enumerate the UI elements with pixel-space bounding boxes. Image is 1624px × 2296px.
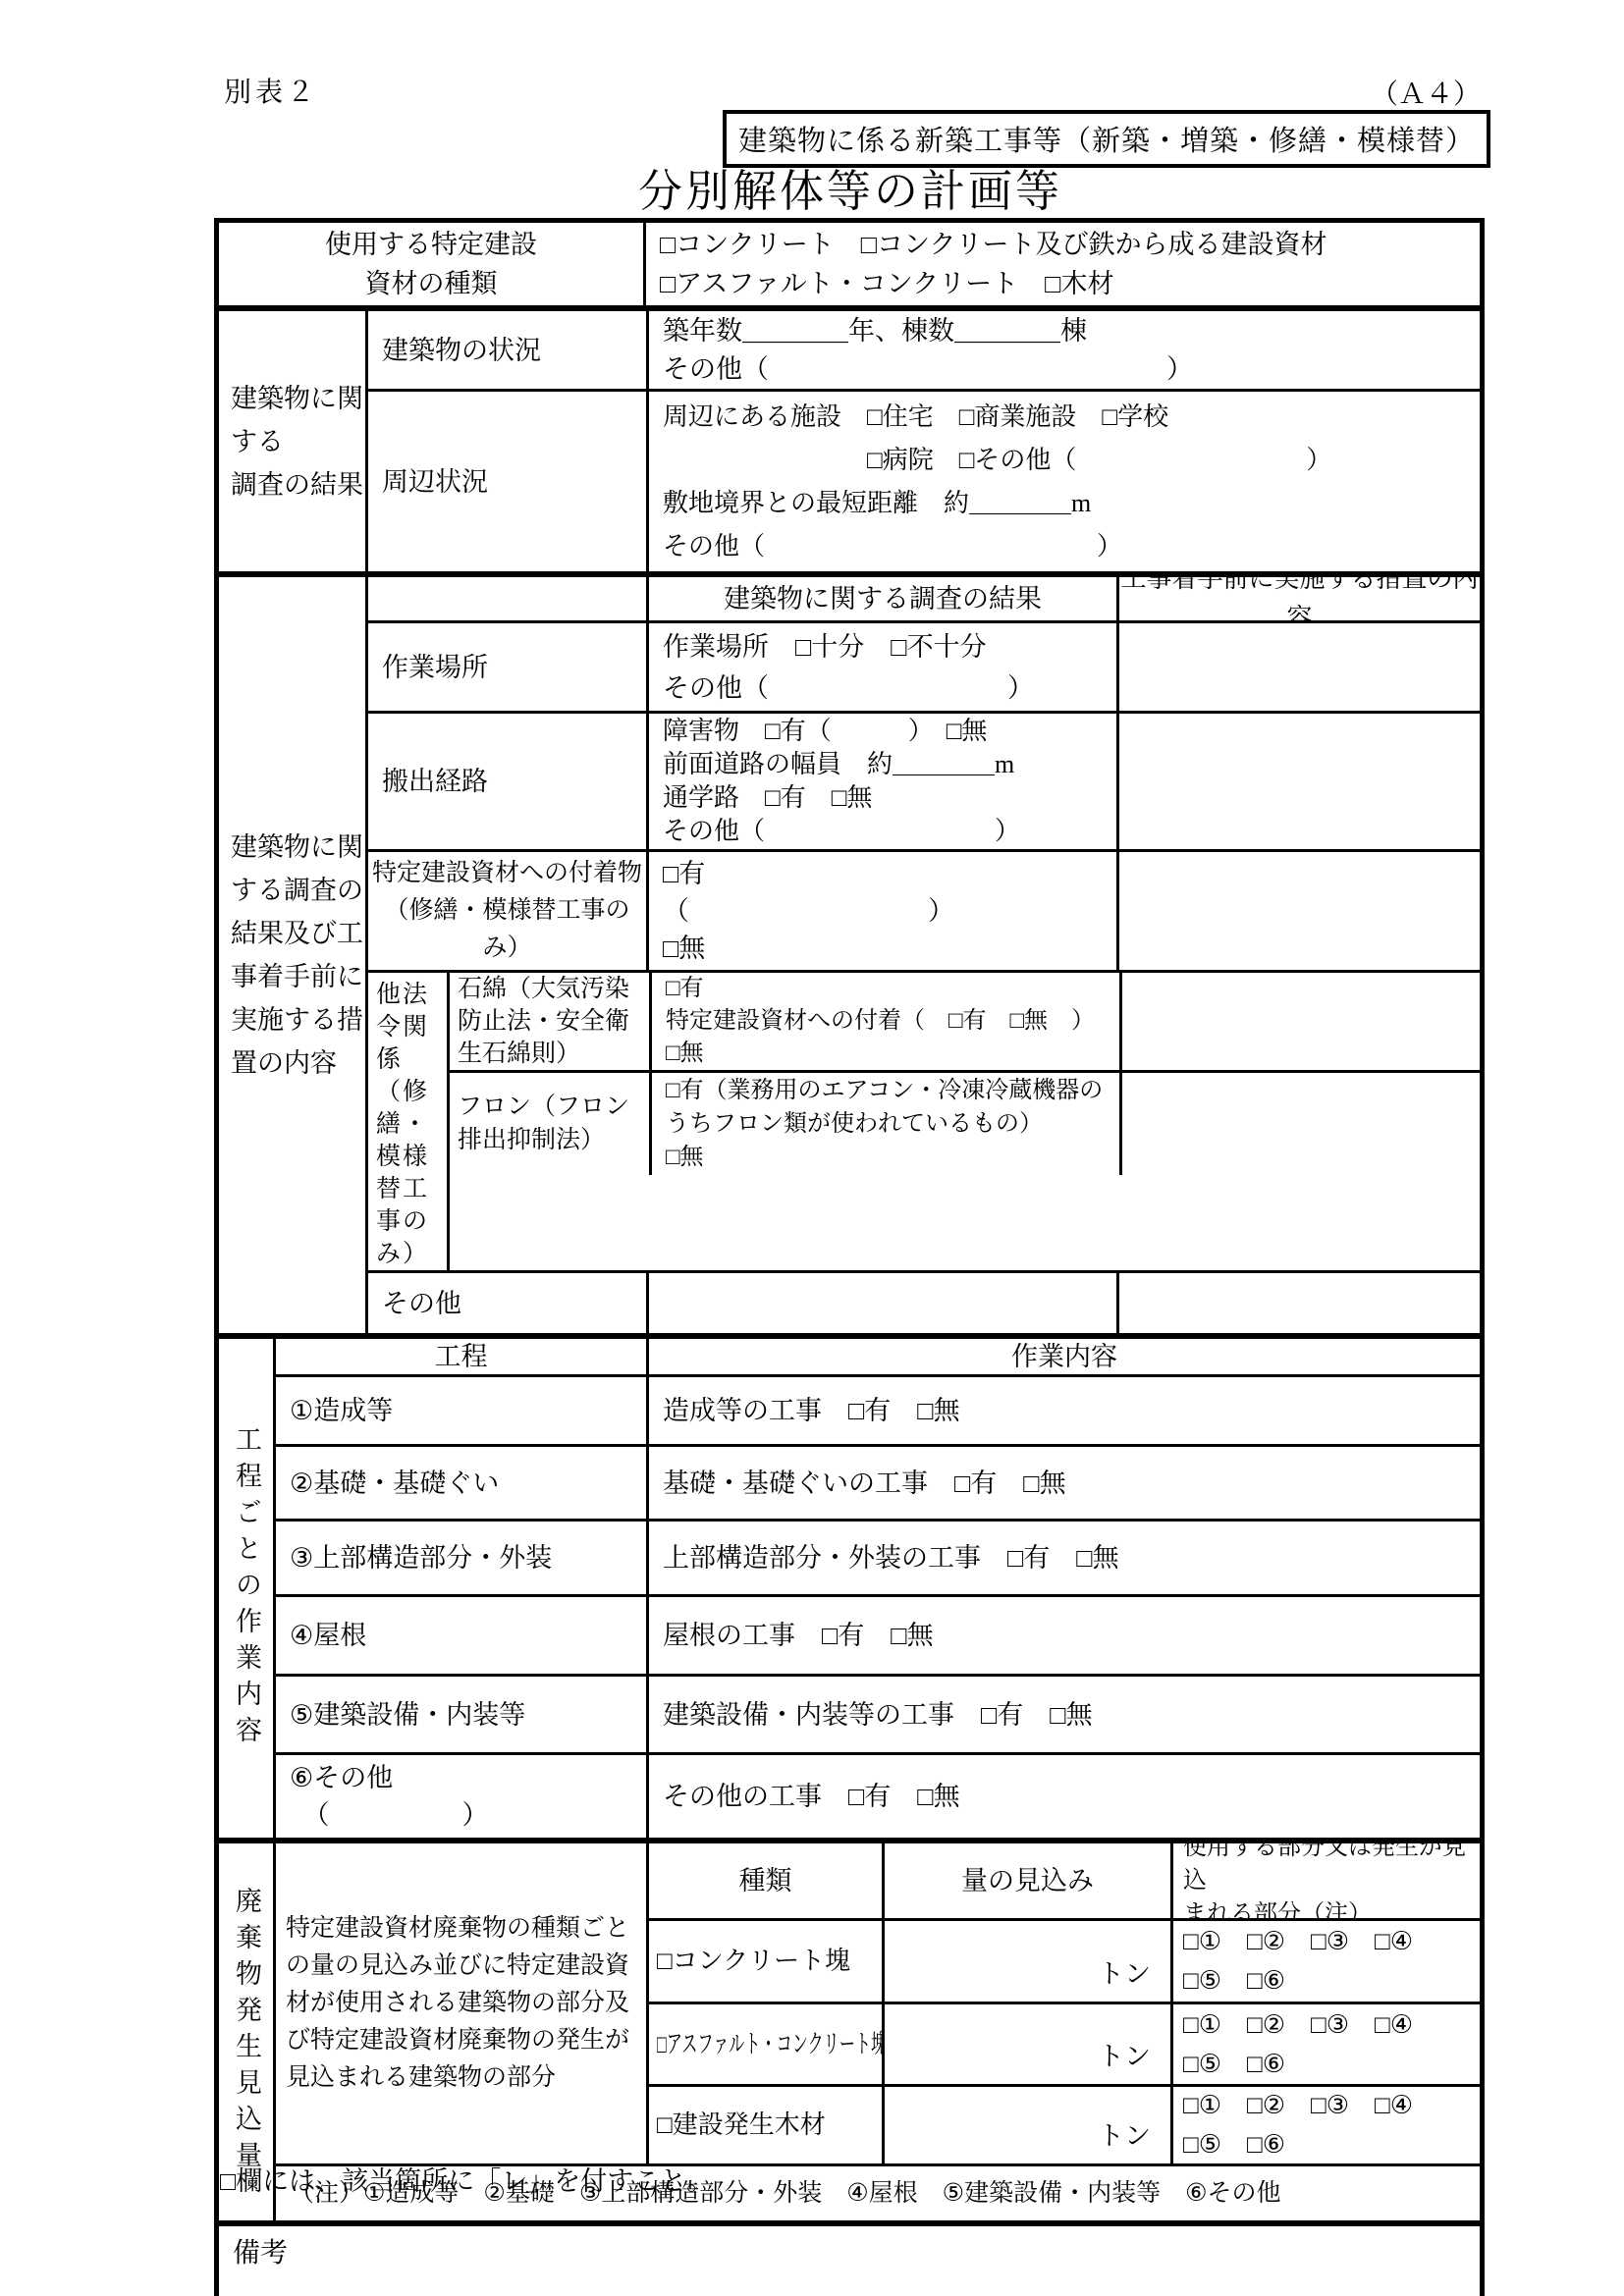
process-row-5: ⑤建築設備・内装等 建築設備・内装等の工事 □有 □無 xyxy=(276,1674,1480,1752)
adhesion-content: □有 （ ） □無 xyxy=(646,852,1116,970)
survey-results-column-header: 建築物に関する調査の結果 xyxy=(646,577,1116,620)
surroundings-row: 周辺状況 周辺にある施設 □住宅 □商業施設 □学校 □病院 □その他（ ） 敷… xyxy=(368,389,1480,571)
waste-amount-asphalt: トン xyxy=(882,2004,1170,2084)
freon-measures-cell xyxy=(1119,1073,1480,1175)
parts-column-header: 使用する部分又は発生が見込 まれる部分（注） xyxy=(1170,1843,1480,1918)
form-page: 別表２ （Ａ４） 建築物に係る新築工事等（新築・増築・修繕・模様替） 分別解体等… xyxy=(0,0,1624,2296)
workplace-content: 作業場所 □十分 □不十分 その他（ ） xyxy=(646,623,1116,711)
waste-parts-asphalt: □① □② □③ □④ □⑤ □⑥ xyxy=(1170,2004,1480,2084)
waste-row-concrete: □コンクリート塊 トン □① □② □③ □④ □⑤ □⑥ xyxy=(646,1918,1480,2002)
process-4-label: ④屋根 xyxy=(276,1597,646,1674)
process-2-label: ②基礎・基礎ぐい xyxy=(276,1447,646,1519)
process-2-work: 基礎・基礎ぐいの工事 □有 □無 xyxy=(646,1447,1480,1519)
building-condition-content: 築年数＿＿＿＿年、棟数＿＿＿＿棟 その他（ ） xyxy=(646,311,1480,389)
freon-row: フロン（フロン 排出抑制法） □有（業務用のエアコン・冷凍冷蔵機器の うちフロン… xyxy=(450,1070,1480,1175)
workplace-row: 作業場所 作業場所 □十分 □不十分 その他（ ） xyxy=(368,620,1480,711)
waste-kind-concrete: □コンクリート塊 xyxy=(649,1921,882,2002)
waste-amount-wood: トン xyxy=(882,2087,1170,2163)
survey-other-row: その他 xyxy=(368,1270,1480,1333)
process-header-row: 工程 作業内容 xyxy=(276,1339,1480,1374)
process-1-label: ①造成等 xyxy=(276,1377,646,1444)
waste-amount-concrete: トン xyxy=(882,1921,1170,2002)
work-column-header: 作業内容 xyxy=(646,1339,1480,1374)
waste-estimate-description: 特定建設資材廃棄物の種類ごとの量の見込み並びに特定建設資材が使用される建築物の部… xyxy=(276,1843,646,2163)
other-laws-label: 他法令関係（修繕・模様替工事のみ） xyxy=(368,973,447,1270)
workplace-measures-cell xyxy=(1116,623,1480,711)
process-row-6: ⑥その他 （ ） その他の工事 □有 □無 xyxy=(276,1752,1480,1838)
waste-parts-wood: □① □② □③ □④ □⑤ □⑥ xyxy=(1170,2087,1480,2163)
waste-kind-wood-text: □建設発生木材 xyxy=(657,2106,882,2145)
process-4-work: 屋根の工事 □有 □無 xyxy=(646,1597,1480,1674)
survey-other-measures-cell xyxy=(1116,1273,1480,1333)
survey-other-content-cell xyxy=(646,1273,1116,1333)
survey-measures-header-row: 建築物に関する調査の結果 工事着手前に実施する措置の内容 xyxy=(368,577,1480,620)
waste-estimate-body: 特定建設資材廃棄物の種類ごとの量の見込み並びに特定建設資材が使用される建築物の部… xyxy=(276,1843,1480,2163)
section-remarks: 備考 xyxy=(219,2220,1480,2296)
carryout-route-measures-cell xyxy=(1116,714,1480,849)
adhesion-measures-cell xyxy=(1116,852,1480,970)
section-survey-measures: 建築物に関 する調査の 結果及び工 事着手前に 実施する措 置の内容 建築物に関… xyxy=(219,571,1480,1333)
carryout-route-row: 搬出経路 障害物 □有（ ） □無 前面道路の幅員 約＿＿＿＿m 通学路 □有 … xyxy=(368,711,1480,849)
surroundings-content: 周辺にある施設 □住宅 □商業施設 □学校 □病院 □その他（ ） 敷地境界との… xyxy=(646,392,1480,571)
waste-header-row: 種類 量の見込み 使用する部分又は発生が見込 まれる部分（注） xyxy=(646,1843,1480,1918)
materials-checkboxes: □コンクリート □コンクリート及び鉄から成る建設資材 □アスファルト・コンクリー… xyxy=(643,223,1480,305)
adhesion-row: 特定建設資材への付着物 （修繕・模様替工事のみ） □有 （ ） □無 xyxy=(368,849,1480,970)
survey-other-label: その他 xyxy=(368,1273,646,1333)
building-condition-row: 建築物の状況 築年数＿＿＿＿年、棟数＿＿＿＿棟 その他（ ） xyxy=(368,311,1480,389)
process-5-work: 建築設備・内装等の工事 □有 □無 xyxy=(646,1677,1480,1752)
process-column-header: 工程 xyxy=(276,1339,646,1374)
waste-row-asphalt: □アスファルト・コンクリート塊 トン □① □② □③ □④ □⑤ □⑥ xyxy=(646,2002,1480,2084)
process-3-work: 上部構造部分・外装の工事 □有 □無 xyxy=(646,1522,1480,1594)
process-row-2: ②基礎・基礎ぐい 基礎・基礎ぐいの工事 □有 □無 xyxy=(276,1444,1480,1519)
waste-kind-wood: □建設発生木材 xyxy=(649,2087,882,2163)
form-number: 別表２ xyxy=(224,71,318,110)
other-laws-group: 他法令関係（修繕・模様替工事のみ） 石綿（大気汚染 防止法・安全衛 生石綿則） … xyxy=(368,970,1480,1270)
waste-kind-asphalt: □アスファルト・コンクリート塊 xyxy=(649,2004,882,2084)
process-row-3: ③上部構造部分・外装 上部構造部分・外装の工事 □有 □無 xyxy=(276,1519,1480,1594)
measures-column-header: 工事着手前に実施する措置の内容 xyxy=(1116,577,1480,620)
waste-row-wood: □建設発生木材 トン □① □② □③ □④ □⑤ □⑥ xyxy=(646,2084,1480,2163)
process-1-work: 造成等の工事 □有 □無 xyxy=(646,1377,1480,1444)
process-row-1: ①造成等 造成等の工事 □有 □無 xyxy=(276,1374,1480,1444)
workplace-label: 作業場所 xyxy=(368,623,646,711)
asbestos-content: □有 特定建設資材への付着（ □有 □無 ） □無 xyxy=(649,973,1119,1070)
header-spacer-cell xyxy=(368,577,646,620)
process-row-4: ④屋根 屋根の工事 □有 □無 xyxy=(276,1594,1480,1674)
plan-table: 使用する特定建設 資材の種類 □コンクリート □コンクリート及び鉄から成る建設資… xyxy=(214,218,1485,2296)
page-title: 分別解体等の計画等 xyxy=(216,155,1485,219)
amount-column-header: 量の見込み xyxy=(882,1843,1170,1918)
checkbox-instruction: □欄には、該当箇所に「レ」を付すこと。 xyxy=(220,2160,713,2198)
process-6-work: その他の工事 □有 □無 xyxy=(646,1755,1480,1838)
adhesion-label: 特定建設資材への付着物 （修繕・模様替工事のみ） xyxy=(368,852,646,970)
paper-size-label: （Ａ４） xyxy=(1371,73,1481,112)
survey-measures-side-label: 建築物に関 する調査の 結果及び工 事着手前に 実施する措 置の内容 xyxy=(219,577,365,1333)
asbestos-label: 石綿（大気汚染 防止法・安全衛 生石綿則） xyxy=(450,973,649,1070)
waste-kind-concrete-text: □コンクリート塊 xyxy=(657,1942,882,1981)
freon-label: フロン（フロン 排出抑制法） xyxy=(450,1073,649,1175)
asbestos-measures-cell xyxy=(1119,973,1480,1070)
process-5-label: ⑤建築設備・内装等 xyxy=(276,1677,646,1752)
asbestos-row: 石綿（大気汚染 防止法・安全衛 生石綿則） □有 特定建設資材への付着（ □有 … xyxy=(450,973,1480,1070)
section-process-work: 工程ごとの作業内容 工程 作業内容 ①造成等 造成等の工事 □有 □無 ②基礎・… xyxy=(219,1333,1480,1838)
carryout-route-content: 障害物 □有（ ） □無 前面道路の幅員 約＿＿＿＿m 通学路 □有 □無 その… xyxy=(646,714,1116,849)
materials-label: 使用する特定建設 資材の種類 xyxy=(219,223,643,305)
remarks-label: 備考 xyxy=(219,2226,1480,2296)
kind-column-header: 種類 xyxy=(649,1843,882,1918)
freon-content: □有（業務用のエアコン・冷凍冷蔵機器の うちフロン類が使われているもの） □無 xyxy=(649,1073,1119,1175)
surroundings-label: 周辺状況 xyxy=(368,392,646,571)
carryout-route-label: 搬出経路 xyxy=(368,714,646,849)
waste-kind-asphalt-text: □アスファルト・コンクリート塊 xyxy=(657,2025,796,2064)
building-condition-label: 建築物の状況 xyxy=(368,311,646,389)
building-survey-side-label: 建築物に関 する 調査の結果 xyxy=(219,311,365,571)
process-work-side-label: 工程ごとの作業内容 xyxy=(219,1339,273,1838)
waste-parts-concrete: □① □② □③ □④ □⑤ □⑥ xyxy=(1170,1921,1480,2002)
section-materials: 使用する特定建設 資材の種類 □コンクリート □コンクリート及び鉄から成る建設資… xyxy=(219,223,1480,305)
process-6-label: ⑥その他 （ ） xyxy=(276,1755,646,1838)
process-3-label: ③上部構造部分・外装 xyxy=(276,1522,646,1594)
section-building-survey: 建築物に関 する 調査の結果 建築物の状況 築年数＿＿＿＿年、棟数＿＿＿＿棟 そ… xyxy=(219,305,1480,571)
